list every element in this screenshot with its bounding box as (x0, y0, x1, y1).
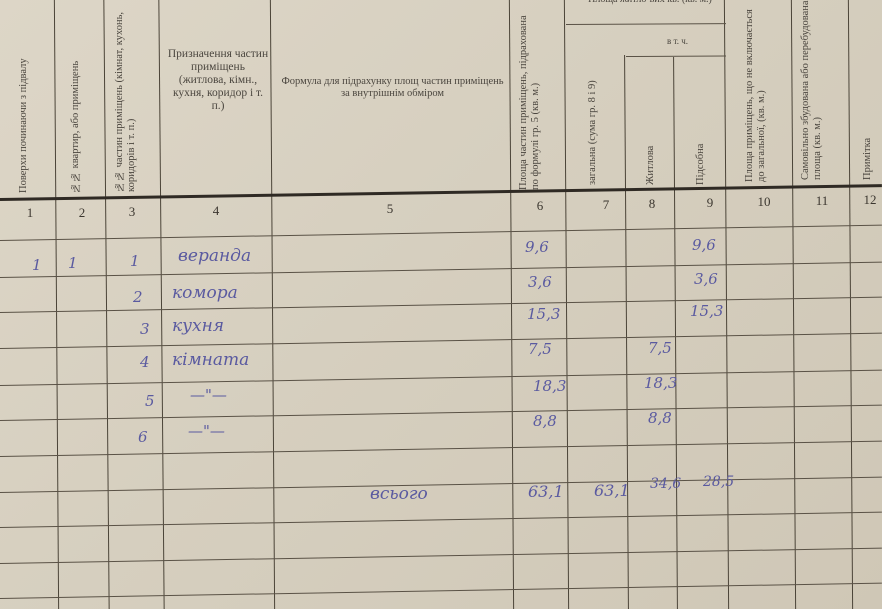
cell-purpose: кімната (172, 350, 249, 370)
cell-purpose: веранда (178, 246, 251, 266)
header-living-area-group: Площа житло-вих кв. (кв. м.) (580, 0, 720, 6)
cell-purpose: —"— (190, 386, 227, 404)
column-number: 7 (596, 197, 616, 213)
cell-area: 18,3 (533, 377, 566, 395)
cell-purpose: —"— (188, 422, 225, 440)
cell-area: 8,8 (533, 412, 557, 430)
header-formula: Формула для підрахунку площ частин примі… (280, 76, 505, 100)
cell-part-number: 3 (140, 320, 150, 338)
column-number: 4 (206, 203, 226, 219)
cell-auxiliary: 9,6 (692, 236, 716, 254)
cell-auxiliary: 3,6 (694, 270, 718, 288)
total-living: 34,6 (650, 476, 681, 492)
total-area: 63,1 (528, 482, 564, 501)
column-number: 3 (122, 204, 142, 220)
cell-apartment: 1 (68, 254, 78, 272)
cell-area: 3,6 (528, 273, 552, 291)
cell-part-number: 4 (140, 353, 150, 371)
column-number: 8 (642, 196, 662, 212)
column-number: 2 (72, 205, 92, 221)
cell-area: 7,5 (528, 340, 552, 358)
cell-living: 8,8 (648, 409, 672, 427)
cell-part-number: 1 (130, 252, 140, 270)
total-total: 63,1 (594, 481, 630, 500)
header-auxiliary: Підсобна (695, 120, 711, 185)
header-including: в т. ч. (630, 35, 725, 47)
cell-part-number: 6 (138, 428, 148, 446)
cell-living: 18,3 (644, 374, 677, 392)
header-total: загальна (сума гр. 8 і 9) (587, 40, 607, 185)
column-number: 12 (858, 192, 882, 208)
cell-living: 7,5 (648, 339, 672, 357)
cell-part-number: 5 (145, 392, 155, 410)
header-floors: Поверхи починаючи з підвалу (18, 8, 38, 193)
header-living: Житлова (645, 120, 661, 185)
header-area: Площа частин приміщень, підрахована по ф… (518, 2, 562, 190)
cell-auxiliary: 15,3 (690, 302, 723, 320)
total-auxiliary: 28,5 (703, 474, 734, 490)
cell-area: 15,3 (527, 305, 560, 323)
header-purpose: Призначення частин приміщень (житлова, к… (166, 48, 270, 113)
cell-floor: 1 (32, 256, 42, 274)
column-number: 9 (700, 195, 720, 211)
column-number: 10 (752, 194, 776, 210)
header-unauthorized-area: Самовільно збудована або перебудована пл… (800, 0, 834, 180)
header-excluded-area: Площа приміщень, що не включається до за… (744, 0, 784, 182)
cell-area: 9,6 (525, 238, 549, 256)
cell-purpose: кухня (172, 316, 224, 336)
total-label: всього (370, 484, 428, 504)
cell-purpose: комора (172, 283, 238, 303)
header-apartments: №№ квартир, або приміщень (70, 18, 90, 193)
header-note: Примітка (862, 110, 878, 180)
column-number: 1 (20, 205, 40, 221)
column-number: 6 (530, 198, 550, 214)
header-parts: №№ частин приміщень (кімнат, кухонь, кор… (114, 2, 154, 192)
column-number: 11 (810, 193, 834, 209)
column-number: 5 (380, 201, 400, 217)
cell-part-number: 2 (133, 288, 143, 306)
